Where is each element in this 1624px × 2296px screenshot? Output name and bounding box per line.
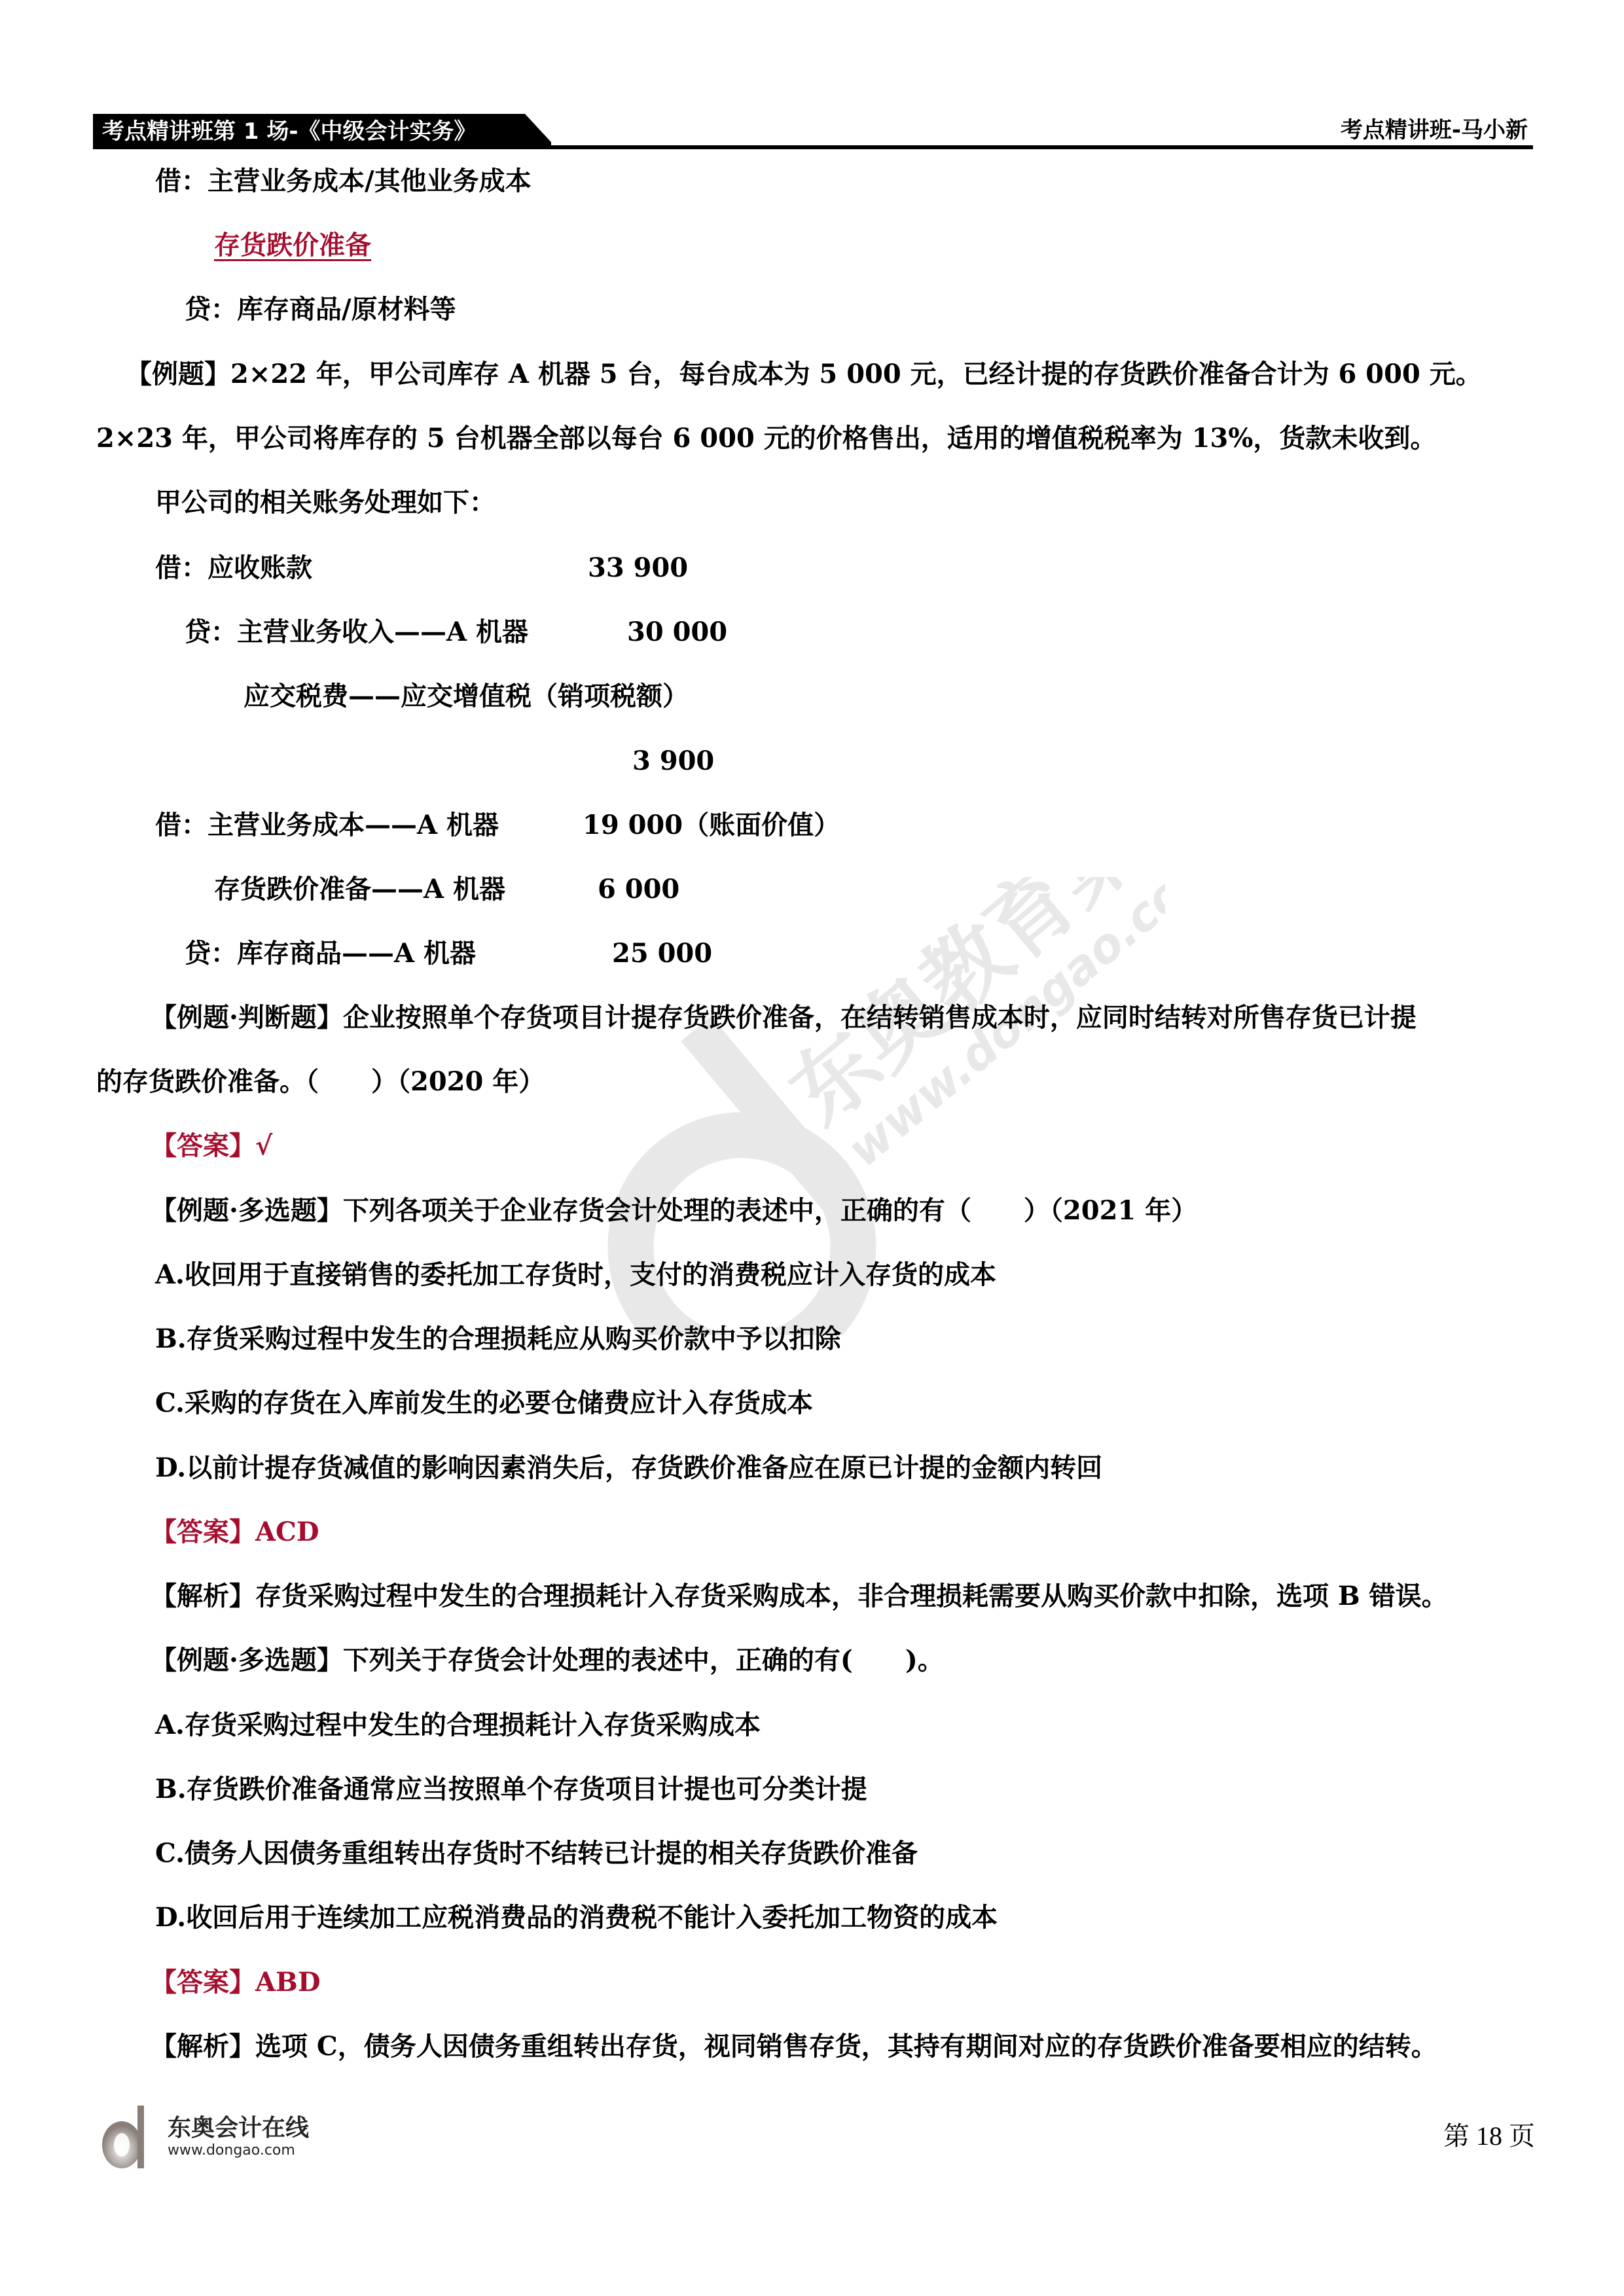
journal-amount: 19 000（账面价值） (583, 809, 840, 842)
answer-value: ABD (255, 1967, 321, 1998)
example4-option-c: C.债务人因债务重组转出存货时不结转已计提的相关存货跌价准备 (155, 1837, 918, 1870)
header-left-title: 考点精讲班第 1 场-《中级会计实务》 (102, 118, 476, 145)
answer-label: 【答案】 (151, 1130, 255, 1161)
example1-paragraph-3: 甲公司的相关账务处理如下： (155, 486, 496, 519)
page-header: 考点精讲班第 1 场-《中级会计实务》 考点精讲班-马小新 (93, 114, 1533, 149)
journal-amount: 25 000 (612, 937, 712, 970)
example1-paragraph-1: 【例题】2×22 年，甲公司库存 A 机器 5 台，每台成本为 5 000 元，… (126, 358, 1482, 391)
example2-question-line2: 的存货跌价准备。（ ）（2020 年） (96, 1066, 545, 1098)
example3-option-b: B.存货采购过程中发生的合理损耗应从购买价款中予以扣除 (155, 1323, 841, 1355)
journal-account: 存货跌价准备——A 机器 (214, 873, 505, 906)
journal-amount: 6 000 (598, 873, 679, 906)
example4-analysis: 【解析】选项 C，债务人因债务重组转出存货，视同销售存货，其持有期间对应的存货跌… (151, 2030, 1437, 2063)
journal-amount: 3 900 (632, 745, 714, 778)
example2-question-line1: 【例题·判断题】企业按照单个存货项目计提存货跌价准备，在结转销售成本时，应同时结… (151, 1001, 1416, 1034)
journal-account: 贷：库存商品——A 机器 (185, 937, 476, 970)
journal-account: 应交税费——应交增值税（销项税额） (244, 680, 689, 713)
answer-value: ACD (255, 1516, 319, 1547)
entry-credit-line: 贷：库存商品/原材料等 (185, 293, 456, 326)
journal-amount: 33 900 (588, 552, 688, 584)
entry-debit-highlight: 存货跌价准备 (214, 229, 371, 262)
footer-logo-url: www.dongao.com (168, 2142, 295, 2159)
journal-account: 借：主营业务成本——A 机器 (155, 809, 499, 842)
example2-answer: 【答案】√ (151, 1130, 272, 1162)
journal-account: 贷：主营业务收入——A 机器 (185, 616, 528, 649)
example4-question: 【例题·多选题】下列关于存货会计处理的表述中，正确的有( )。 (151, 1644, 944, 1677)
header-divider (551, 145, 1533, 149)
answer-label: 【答案】 (151, 1516, 255, 1547)
example3-analysis: 【解析】存货采购过程中发生的合理损耗计入存货采购成本，非合理损耗需要从购买价款中… (151, 1580, 1448, 1613)
dongao-logo-icon (97, 2104, 156, 2170)
answer-label: 【答案】 (151, 1967, 255, 1998)
page-number: 第 18 页 (1443, 2115, 1535, 2153)
header-right-title: 考点精讲班-马小新 (1341, 117, 1528, 144)
example4-option-a: A.存货采购过程中发生的合理损耗计入存货采购成本 (155, 1709, 761, 1742)
footer-logo: 东奥会计在线 www.dongao.com (97, 2104, 346, 2170)
example3-question: 【例题·多选题】下列各项关于企业存货会计处理的表述中，正确的有（ ）（2021 … (151, 1194, 1197, 1227)
answer-value: √ (255, 1130, 272, 1161)
example4-answer: 【答案】ABD (151, 1966, 321, 1999)
example1-paragraph-2: 2×23 年，甲公司将库存的 5 台机器全部以每台 6 000 元的价格售出，适… (96, 422, 1436, 455)
entry-debit-line: 借：主营业务成本/其他业务成本 (155, 165, 532, 198)
example3-answer: 【答案】ACD (151, 1516, 319, 1549)
example3-option-a: A.收回用于直接销售的委托加工存货时，支付的消费税应计入存货的成本 (155, 1259, 996, 1291)
example4-option-b: B.存货跌价准备通常应当按照单个存货项目计提也可分类计提 (155, 1773, 867, 1806)
example3-option-d: D.以前计提存货减值的影响因素消失后，存货跌价准备应在原已计提的金额内转回 (155, 1452, 1102, 1484)
example4-option-d: D.收回后用于连续加工应税消费品的消费税不能计入委托加工物资的成本 (155, 1901, 998, 1934)
footer-logo-name: 东奥会计在线 (168, 2109, 309, 2143)
journal-account: 借：应收账款 (155, 552, 312, 584)
journal-amount: 30 000 (627, 616, 727, 649)
example3-option-c: C.采购的存货在入库前发生的必要仓储费应计入存货成本 (155, 1387, 813, 1420)
